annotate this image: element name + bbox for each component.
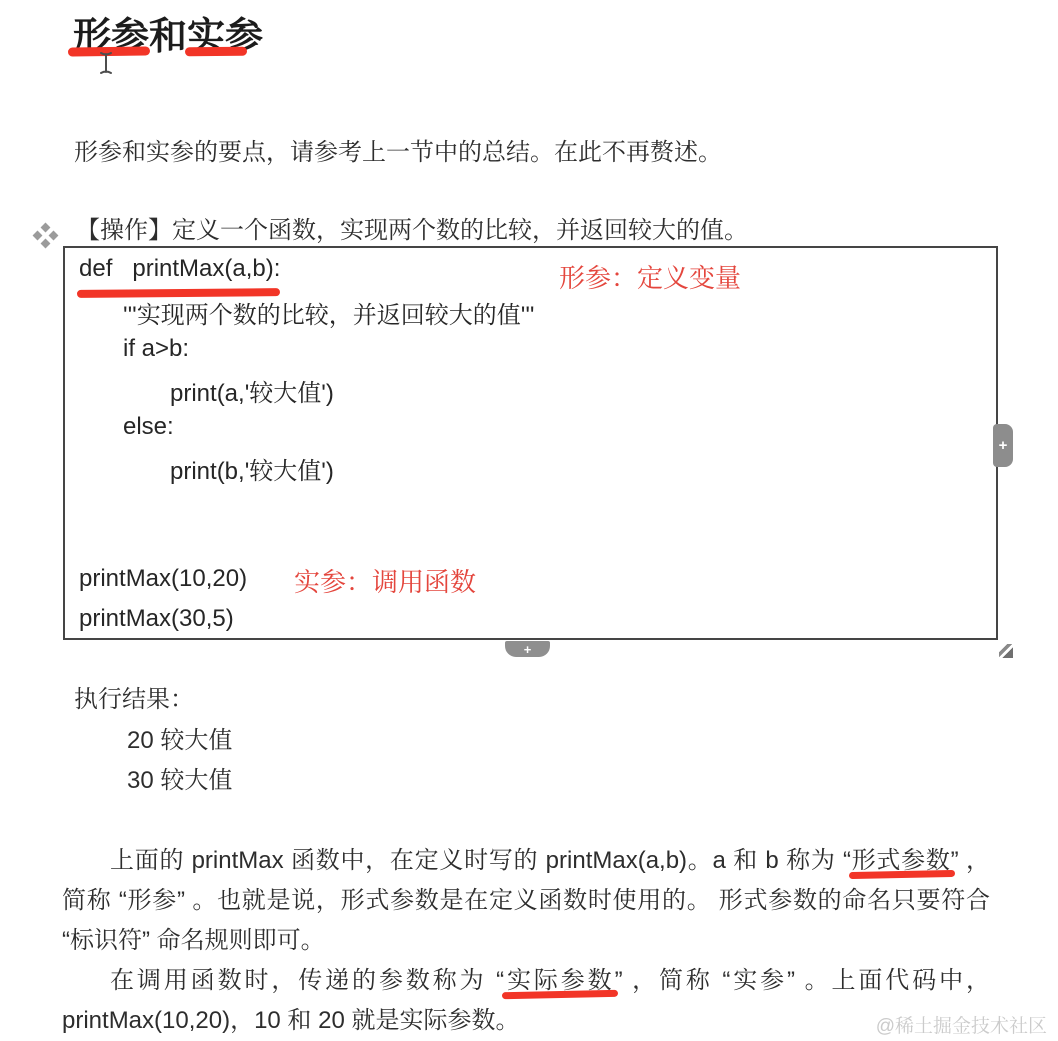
plus-icon: + — [999, 437, 1008, 454]
intro-paragraph: 形参和实参的要点，请参考上一节中的总结。在此不再赘述。 — [74, 132, 722, 167]
diamond-shape — [41, 239, 51, 249]
explanation-paragraph: 在调用函数时，传递的参数称为 “实际参数” ，简称 “实参” 。上面代码中，pr… — [62, 961, 990, 1041]
diamond-shape — [49, 231, 59, 241]
code-line-call-2: printMax(30,5) — [79, 605, 234, 633]
code-line-print-a: print(a,'较大值') — [170, 373, 334, 408]
annotation-actual-params: 实参：调用函数 — [294, 562, 476, 599]
explanation-block: 上面的 printMax 函数中，在定义时写的 printMax(a,b)。a … — [62, 841, 990, 1041]
result-line: 20 较大值 — [127, 720, 232, 755]
code-line-print-b: print(b,'较大值') — [170, 451, 334, 486]
expand-bottom-button[interactable]: + — [505, 641, 550, 657]
resize-handle-icon[interactable] — [999, 644, 1013, 658]
expand-right-button[interactable]: + — [993, 424, 1013, 467]
diamond-shape — [41, 223, 51, 233]
move-handle-icon[interactable] — [33, 223, 59, 249]
text-cursor-icon — [99, 51, 113, 75]
diamond-shape — [33, 231, 43, 241]
result-line: 30 较大值 — [127, 760, 232, 795]
result-label: 执行结果： — [74, 679, 194, 714]
code-line-docstring: '''实现两个数的比较，并返回较大的值''' — [123, 295, 535, 330]
code-line-if: if a>b: — [123, 335, 189, 363]
annotation-formal-params: 形参：定义变量 — [559, 258, 741, 295]
code-line-def: def printMax(a,b): — [79, 255, 280, 283]
code-line-call-1: printMax(10,20) — [79, 565, 247, 593]
code-textbox[interactable]: def printMax(a,b): 形参：定义变量 '''实现两个数的比较，并… — [63, 246, 998, 640]
watermark: @稀土掘金技术社区 — [876, 1011, 1047, 1038]
marked-term-formal: 形式参数 — [851, 847, 951, 874]
operation-paragraph: 【操作】定义一个函数，实现两个数的比较，并返回较大的值。 — [76, 210, 748, 245]
paragraph-text: 在调用函数时，传递的参数称为 “ — [110, 967, 504, 994]
explanation-paragraph: 上面的 printMax 函数中，在定义时写的 printMax(a,b)。a … — [62, 841, 990, 961]
red-underline-mark — [185, 47, 247, 57]
plus-icon: + — [524, 643, 532, 656]
paragraph-text: 上面的 printMax 函数中，在定义时写的 printMax(a,b)。a … — [110, 847, 851, 874]
marked-term-actual: 实际参数 — [504, 967, 614, 994]
code-line-else: else: — [123, 413, 174, 441]
